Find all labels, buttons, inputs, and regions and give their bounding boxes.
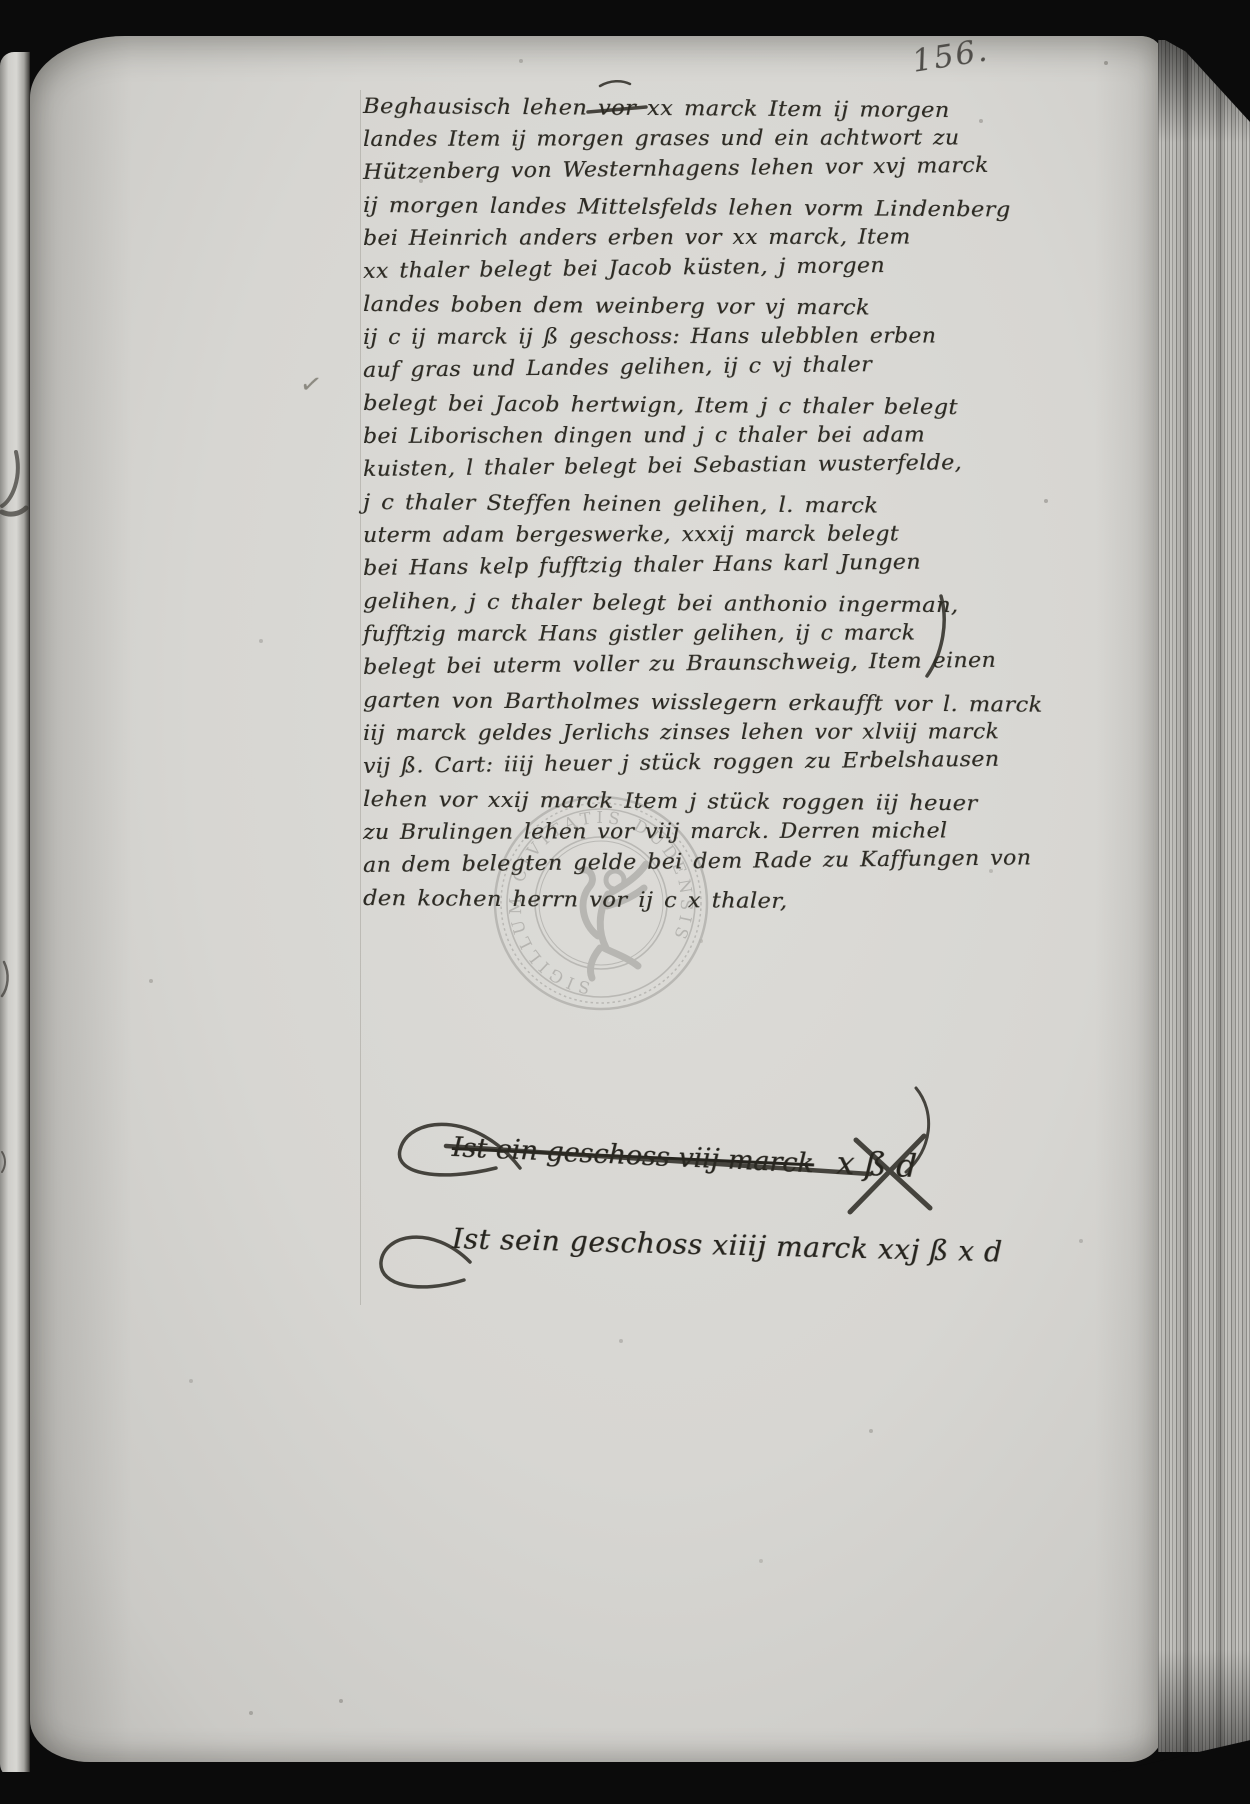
manuscript-line: vij ß. Cart: iiij heuer j stück roggen z… [363, 742, 1035, 783]
handwritten-text-block: Beghausisch lehen vor xx marck Item ij m… [363, 90, 1003, 915]
book-fore-edge [1158, 40, 1250, 1752]
facing-page-edge [0, 52, 30, 1778]
photo-backdrop: SIGILLUM CIVITATIS DUDENSIS Beghausisch … [0, 0, 1250, 1804]
manuscript-line: auf gras und Landes gelihen, ij c vj tha… [363, 346, 1035, 387]
manuscript-line: bei Hans kelp fufftzig thaler Hans karl … [363, 544, 1035, 585]
manuscript-line: den kochen herrn vor ij c x thaler, [363, 882, 1048, 920]
manuscript-line: Hützenberg von Westernhagens lehen vor x… [363, 148, 1035, 189]
manuscript-line: xx thaler belegt bei Jacob küsten, j mor… [363, 247, 1035, 288]
struck-suffix: x ß d [836, 1143, 918, 1185]
margin-rule-line [360, 90, 361, 1305]
manuscript-line: an dem belegten gelde bei dem Rade zu Ka… [363, 841, 1035, 882]
photo-bottom-bar [0, 1772, 1250, 1804]
manuscript-line: kuisten, l thaler belegt bei Sebastian w… [363, 445, 1035, 486]
paper-specks [0, 0, 2, 2]
manuscript-line: belegt bei uterm voller zu Braunschweig,… [363, 643, 1035, 684]
